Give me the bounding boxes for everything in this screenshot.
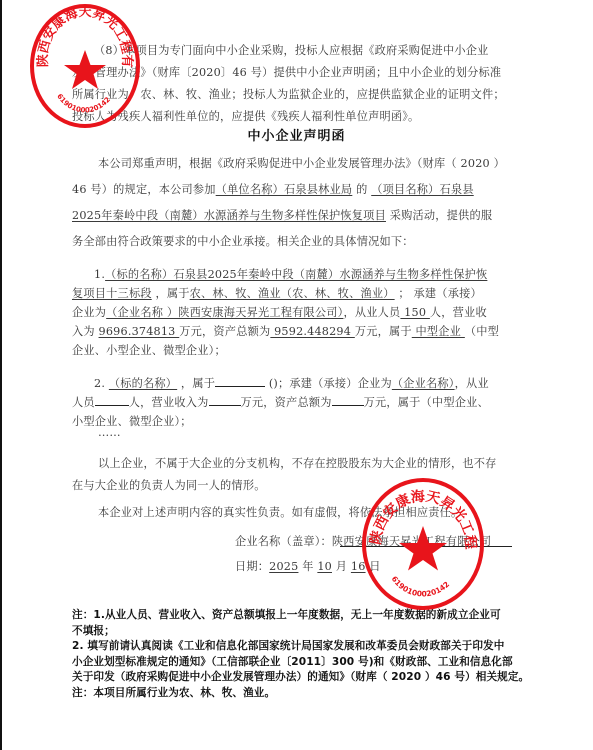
date-year: 2025 [269,560,298,573]
item1-line-1: 1.（标的名称）石泉县2025年秦岭中段（南麓）水源涵养与生物多样性保护恢 [94,265,554,284]
note-line-3: 2. 填写前请认真阅读《工业和信息化部国家统计局国家发展和改革委员会财政部关于印… [72,639,542,655]
note-line-6: 注：本项目所属行业为农、林、牧、渔业。 [72,686,542,702]
company-seal-signature: 陕西安康海天昇光工程有限公司 6190100020142 [362,478,484,610]
item1-contractor-prefix: 企业为 [72,306,106,319]
project-name: 2025年秦岭中段（南麓）水源涵养与生物多样性保护恢复项目 [72,209,386,222]
project-label: （项目名称）石泉县 [371,183,474,196]
item2-assets-unit: 万元，属于（中型企业、 [364,396,489,409]
item2-revenue-unit: 万元，资产总额为 [241,396,332,409]
item1-assets: 9592.448294 [270,325,354,338]
item1-line-3: 企业为（企业名称 ）陕西安康海天昇光工程有限公司），从业人员 150 人，营业收 [72,303,532,322]
seal-star-icon: 陕西安康海天昇光工程有限公司 6190100020142 [366,482,480,606]
item1-number: 1. [94,268,105,281]
item2-line-2: 人员人，营业收入为万元，资产总额为万元，属于（中型企业、 [72,393,532,412]
declaration-line-1: 本公司郑重声明，根据《政府采购促进中小企业发展管理办法》（财库（ 2020 ） [98,154,558,173]
item1-employees-label: ，从业人员 [343,306,400,319]
item1-contractor-label: ； 承建（承接） [395,287,482,300]
item2-revenue-blank [209,393,241,406]
item1-revenue-label: 入为 [72,325,99,338]
item1-subject-a: （标的名称）石泉县2025年秦岭中段（南麓）水源涵养与生物多样性保护恢 [105,268,487,281]
svg-text:6190100020142: 6190100020142 [55,92,112,114]
ellipsis: …… [98,423,558,442]
intro-line-4: 投标人为残疾人福利性单位的，应提供《残疾人福利性单位声明函》。 [72,107,532,126]
note-line-4: 小企业划型标准规定的通知》（工信部联企业〔2011〕300 号)和《财政部、工业… [72,655,542,671]
item2-assets-blank [332,393,364,406]
declaration-suffix: 采购活动，提供的服 [386,209,492,222]
declaration-line-3: 2025年秦岭中段（南麓）水源涵养与生物多样性保护恢复项目 采购活动，提供的服 [72,206,532,225]
page-title: 中小企业声明函 [0,125,593,144]
item1-company: （企业名称 ）陕西安康海天昇光工程有限公司） [106,306,343,319]
item2-employees-label: 人员 [72,396,95,409]
intro-line-3: 所属行业为：农、林、牧、渔业；投标人为监狱企业的，应提供监狱企业的证明文件； [72,85,532,104]
item1-line-4: 入为 9696.374813 万元，资产总额为 9592.448294 万元，属… [72,322,532,341]
item1-size-options: （中型 [465,325,499,338]
note-line-5: 关于印发（政府采购促进中小企业发展管理办法）的通知》（财库（ 2020 ）46 … [72,670,542,686]
company-label: 企业名称（盖章）： [235,535,332,548]
item1-line-5: 企业、小型企业、微型企业）； [72,341,532,360]
intro-line-2: 发展管理办法》（财库〔2020〕46 号）提供中小企业声明函；且中小企业的划分标… [72,63,532,82]
intro-line-1: （8）本项目为专门面向中小企业采购，投标人应根据《政府采购促进中小企业 [94,41,554,60]
month-unit: 月 [332,560,351,573]
item2-number: 2. [94,377,105,390]
item2-subject: （标的名称） [109,377,177,390]
item2-paren: ()；承建（承接）企业为 [265,377,392,390]
item1-employees: 150 [400,306,429,319]
year-unit: 年 [298,560,317,573]
unit-name: （单位名称）石泉县林业局 [216,183,353,196]
item2-belongs-label: ，属于 [177,377,215,390]
item1-assets-unit: 万元，属于 [355,325,412,338]
company-seal-top: 陕西安康海天昇光工程有限公司 6190100020142 [30,4,140,128]
item1-subject-b: 复项目十三标段 [72,287,152,300]
item1-employees-unit: 人，营业收 [430,306,487,319]
note-line-1: 注：1.从业人员、营业收入、资产总额填报上一年度数据，无上一年度数据的新成立企业… [72,608,542,624]
svg-text:6190100020142: 6190100020142 [390,574,452,598]
responsibility-statement: 本企业对上述声明内容的真实性负责。如有虚假，将依法承担相应责任。 [98,503,558,522]
item1-size: 中型企业 [412,325,465,338]
item1-revenue: 9696.374813 [99,325,180,338]
item2-employees-unit: 人，营业收入为 [129,396,209,409]
item2-line-1: 2. （标的名称） ，属于 ()；承建（承接）企业为（企业名称），从业 [94,374,554,393]
document-page: （8）本项目为专门面向中小企业采购，投标人应根据《政府采购促进中小企业 发展管理… [0,0,593,750]
item2-employees-prefix: ，从业 [455,377,489,390]
date-label: 日期： [235,560,269,573]
item2-employees-blank [95,393,129,406]
note-line-2: 不填报； [72,624,542,640]
declaration-line-2: 46 号）的规定，本公司参加（单位名称）石泉县林业局 的 （项目名称）石泉县 [72,180,532,199]
item1-line-2: 复项目十三标段 ，属于农、林、牧、渔业（农、林、牧、渔业） ； 承建（承接） [72,284,532,303]
item2-industry-blank [215,374,265,387]
date-month: 10 [317,560,332,573]
declaration-mid: 的 [352,183,371,196]
statement-line-1: 以上企业，不属于大企业的分支机构，不存在控股股东为大企业的情形，也不存 [98,454,558,473]
declaration-prefix: 46 号）的规定，本公司参加 [72,183,216,196]
item1-belongs-label: ，属于 [152,287,190,300]
item1-revenue-unit: 万元，资产总额为 [179,325,270,338]
seal-star-icon: 陕西安康海天昇光工程有限公司 6190100020142 [34,8,136,124]
item2-company: （企业名称） [392,377,455,390]
item1-industry: 农、林、牧、渔业（农、林、牧、渔业） [190,287,395,300]
notes-section: 注：1.从业人员、营业收入、资产总额填报上一年度数据，无上一年度数据的新成立企业… [72,608,542,701]
declaration-line-4: 务全部由符合政策要求的中小企业承接。相关企业的具体情况如下： [72,232,532,251]
